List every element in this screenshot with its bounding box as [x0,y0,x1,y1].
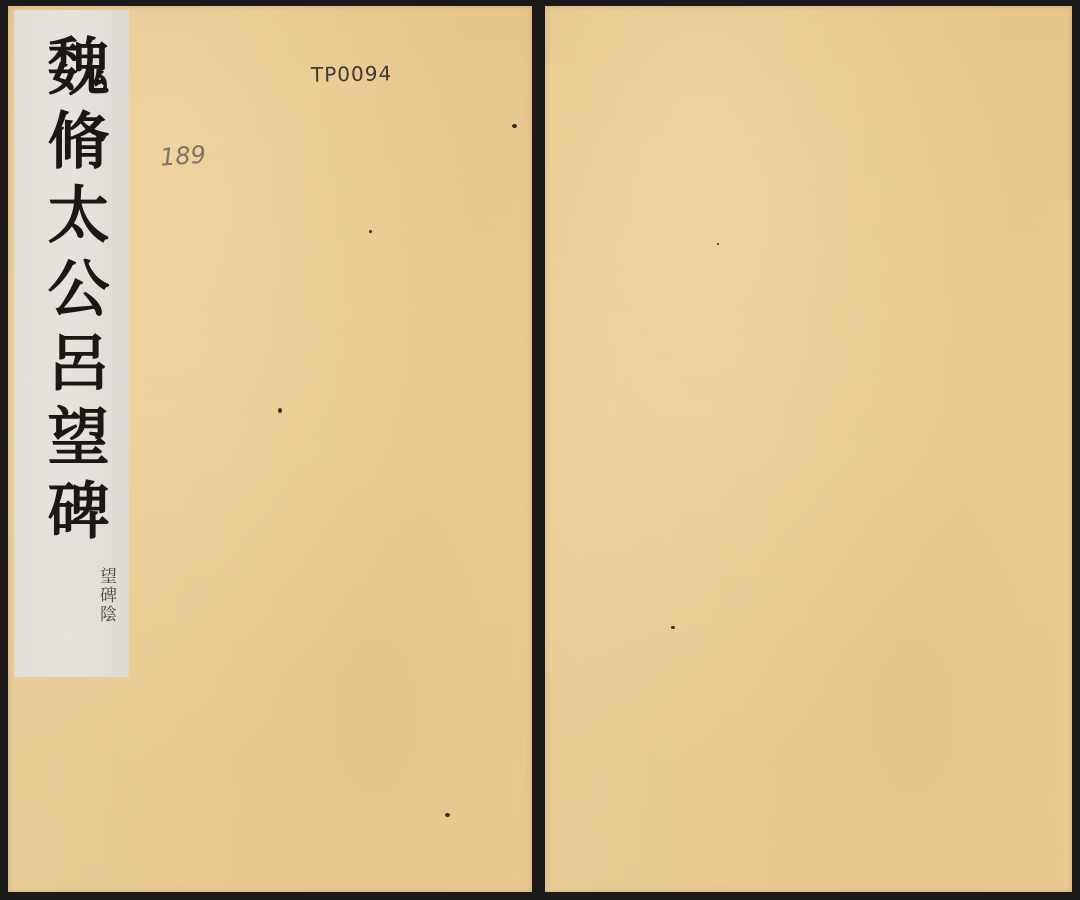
paper-speck [671,626,675,629]
pencil-number: 189 [159,140,207,171]
title-side-note: 望碑陰 [94,567,119,624]
title-label-strip: 魏脩太公呂望碑 望碑陰 [14,10,129,677]
book-title: 魏脩太公呂望碑 [32,34,112,552]
catalog-number: TP0094 [311,61,393,86]
paper-speck [512,124,517,128]
right-page-blank [545,6,1072,892]
left-page-cover: 魏脩太公呂望碑 望碑陰 TP0094 189 [8,6,532,892]
paper-speck [369,230,372,233]
paper-speck [717,243,719,245]
paper-speck [445,813,450,817]
paper-speck [278,408,282,413]
